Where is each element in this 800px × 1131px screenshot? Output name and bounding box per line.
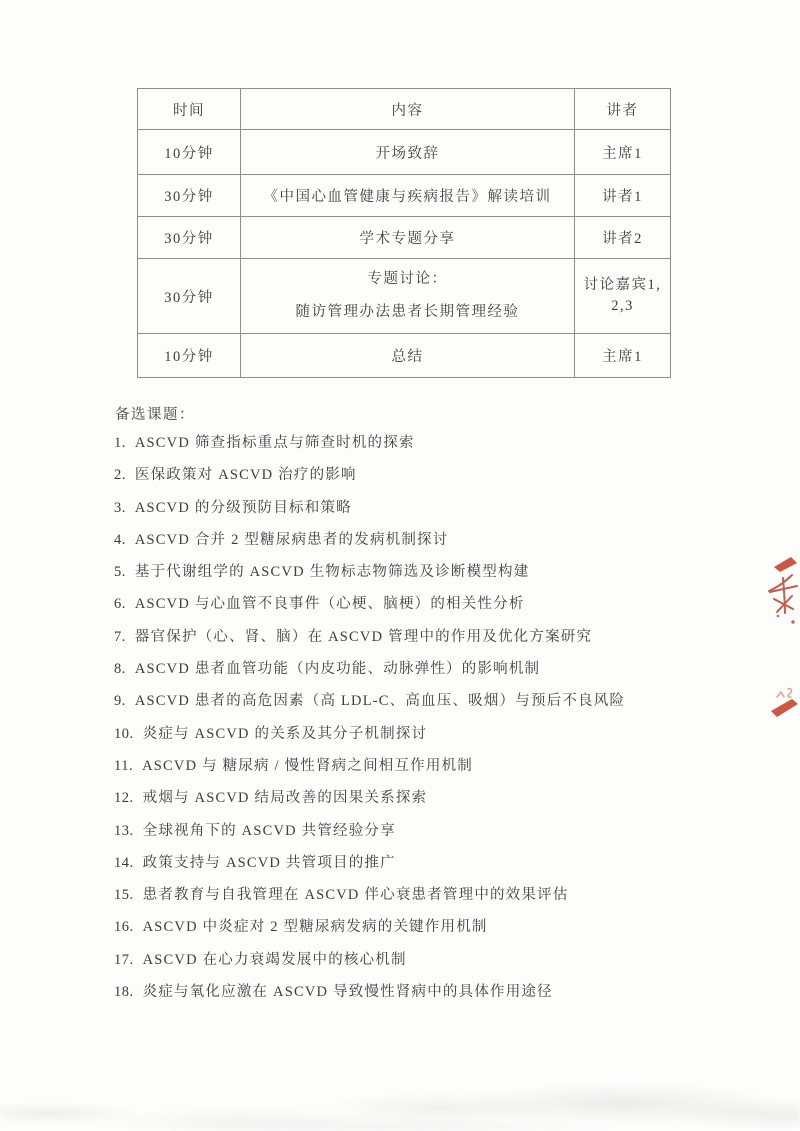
topic-text: ASCVD 与心血管不良事件（心梗、脑梗）的相关性分析: [135, 596, 525, 612]
topic-number: 8.: [114, 661, 126, 677]
topic-item: 10.炎症与 ASCVD 的关系及其分子机制探讨: [114, 718, 625, 750]
topic-item: 7.器官保护（心、肾、脑）在 ASCVD 管理中的作用及优化方案研究: [114, 621, 625, 653]
topic-number: 10.: [114, 726, 134, 742]
topic-number: 7.: [114, 629, 126, 645]
table-row: 30分钟 《中国心血管健康与疾病报告》解读培训 讲者1: [138, 175, 671, 217]
topic-text: 基于代谢组学的 ASCVD 生物标志物筛选及诊断模型构建: [135, 564, 530, 580]
cell-content: 学术专题分享: [241, 217, 575, 259]
cell-time: 30分钟: [138, 259, 241, 334]
red-ink-mark: [750, 540, 800, 730]
topic-item: 11.ASCVD 与 糖尿病 / 慢性肾病之间相互作用机制: [114, 750, 625, 782]
table-row: 10分钟 总结 主席1: [138, 334, 671, 378]
topic-text: ASCVD 的分级预防目标和策略: [135, 500, 352, 516]
topic-text: 患者教育与自我管理在 ASCVD 伴心衰患者管理中的效果评估: [143, 887, 569, 903]
topic-text: 器官保护（心、肾、脑）在 ASCVD 管理中的作用及优化方案研究: [135, 629, 592, 645]
topic-text: ASCVD 与 糖尿病 / 慢性肾病之间相互作用机制: [142, 758, 473, 774]
topic-item: 2.医保政策对 ASCVD 治疗的影响: [114, 459, 625, 491]
cell-speaker: 讲者1: [575, 175, 671, 217]
table-row: 10分钟 开场致辞 主席1: [138, 130, 671, 175]
topic-text: 政策支持与 ASCVD 共管项目的推广: [143, 855, 396, 871]
topic-item: 9.ASCVD 患者的高危因素（高 LDL-C、高血压、吸烟）与预后不良风险: [114, 685, 625, 717]
content-line: 随访管理办法患者长期管理经验: [241, 296, 574, 329]
topic-number: 5.: [114, 564, 126, 580]
scanned-document-page: 时间 内容 讲者 10分钟 开场致辞 主席1 30分钟 《中国心血管健康与疾病报…: [0, 0, 800, 1131]
topics-list: 1.ASCVD 筛查指标重点与筛查时机的探索 2.医保政策对 ASCVD 治疗的…: [114, 427, 625, 1008]
topic-number: 11.: [114, 758, 133, 774]
topic-text: ASCVD 中炎症对 2 型糖尿病发病的关键作用机制: [143, 919, 488, 935]
topic-number: 4.: [114, 532, 126, 548]
agenda-table: 时间 内容 讲者 10分钟 开场致辞 主席1 30分钟 《中国心血管健康与疾病报…: [137, 88, 671, 378]
topic-item: 12.戒烟与 ASCVD 结局改善的因果关系探索: [114, 782, 625, 814]
topic-text: ASCVD 在心力衰竭发展中的核心机制: [143, 952, 407, 968]
cell-content: 《中国心血管健康与疾病报告》解读培训: [241, 175, 575, 217]
table-row: 30分钟 专题讨论： 随访管理办法患者长期管理经验 讨论嘉宾1, 2,3: [138, 259, 671, 334]
topic-item: 3.ASCVD 的分级预防目标和策略: [114, 492, 625, 524]
cell-speaker: 讲者2: [575, 217, 671, 259]
topic-number: 17.: [114, 952, 134, 968]
cell-time: 10分钟: [138, 130, 241, 175]
topic-text: 全球视角下的 ASCVD 共管经验分享: [143, 823, 396, 839]
topic-number: 12.: [114, 790, 134, 806]
topic-text: ASCVD 患者血管功能（内皮功能、动脉弹性）的影响机制: [135, 661, 540, 677]
topic-item: 1.ASCVD 筛查指标重点与筛查时机的探索: [114, 427, 625, 459]
topic-number: 15.: [114, 887, 134, 903]
cell-content: 总结: [241, 334, 575, 378]
topic-text: 戒烟与 ASCVD 结局改善的因果关系探索: [143, 790, 428, 806]
header-speaker: 讲者: [575, 89, 671, 130]
topic-text: 医保政策对 ASCVD 治疗的影响: [135, 467, 357, 483]
topic-number: 2.: [114, 467, 126, 483]
topic-item: 8.ASCVD 患者血管功能（内皮功能、动脉弹性）的影响机制: [114, 653, 625, 685]
cell-time: 30分钟: [138, 175, 241, 217]
speaker-line: 2,3: [575, 296, 670, 317]
topic-number: 1.: [114, 435, 126, 451]
cell-speaker: 讨论嘉宾1, 2,3: [575, 259, 671, 334]
cell-speaker: 主席1: [575, 334, 671, 378]
topic-text: 炎症与 ASCVD 的关系及其分子机制探讨: [143, 726, 428, 742]
table-row: 30分钟 学术专题分享 讲者2: [138, 217, 671, 259]
topic-item: 6.ASCVD 与心血管不良事件（心梗、脑梗）的相关性分析: [114, 588, 625, 620]
table-header-row: 时间 内容 讲者: [138, 89, 671, 130]
scanner-noise-band: [0, 1050, 800, 1131]
header-content: 内容: [241, 89, 575, 130]
cell-content: 专题讨论： 随访管理办法患者长期管理经验: [241, 259, 575, 334]
speaker-line: 讨论嘉宾1,: [575, 275, 670, 296]
topic-number: 14.: [114, 855, 134, 871]
topic-item: 18.炎症与氧化应激在 ASCVD 导致慢性肾病中的具体作用途径: [114, 976, 625, 1008]
topic-item: 5.基于代谢组学的 ASCVD 生物标志物筛选及诊断模型构建: [114, 556, 625, 588]
cell-content: 开场致辞: [241, 130, 575, 175]
topic-number: 6.: [114, 596, 126, 612]
topic-number: 3.: [114, 500, 126, 516]
topic-text: 炎症与氧化应激在 ASCVD 导致慢性肾病中的具体作用途径: [143, 984, 553, 1000]
topic-item: 4.ASCVD 合并 2 型糖尿病患者的发病机制探讨: [114, 524, 625, 556]
header-time: 时间: [138, 89, 241, 130]
content-line: 专题讨论：: [241, 263, 574, 296]
topic-number: 9.: [114, 693, 126, 709]
cell-time: 30分钟: [138, 217, 241, 259]
topic-item: 16.ASCVD 中炎症对 2 型糖尿病发病的关键作用机制: [114, 911, 625, 943]
topics-heading: 备选课题：: [115, 403, 195, 424]
topic-text: ASCVD 患者的高危因素（高 LDL-C、高血压、吸烟）与预后不良风险: [135, 693, 625, 709]
topic-item: 14.政策支持与 ASCVD 共管项目的推广: [114, 847, 625, 879]
topic-number: 18.: [114, 984, 134, 1000]
topic-item: 17.ASCVD 在心力衰竭发展中的核心机制: [114, 944, 625, 976]
topic-number: 16.: [114, 919, 134, 935]
cell-speaker: 主席1: [575, 130, 671, 175]
cell-time: 10分钟: [138, 334, 241, 378]
topic-number: 13.: [114, 823, 134, 839]
topic-text: ASCVD 合并 2 型糖尿病患者的发病机制探讨: [135, 532, 449, 548]
topic-item: 13.全球视角下的 ASCVD 共管经验分享: [114, 815, 625, 847]
topic-text: ASCVD 筛查指标重点与筛查时机的探索: [135, 435, 415, 451]
topic-item: 15.患者教育与自我管理在 ASCVD 伴心衰患者管理中的效果评估: [114, 879, 625, 911]
